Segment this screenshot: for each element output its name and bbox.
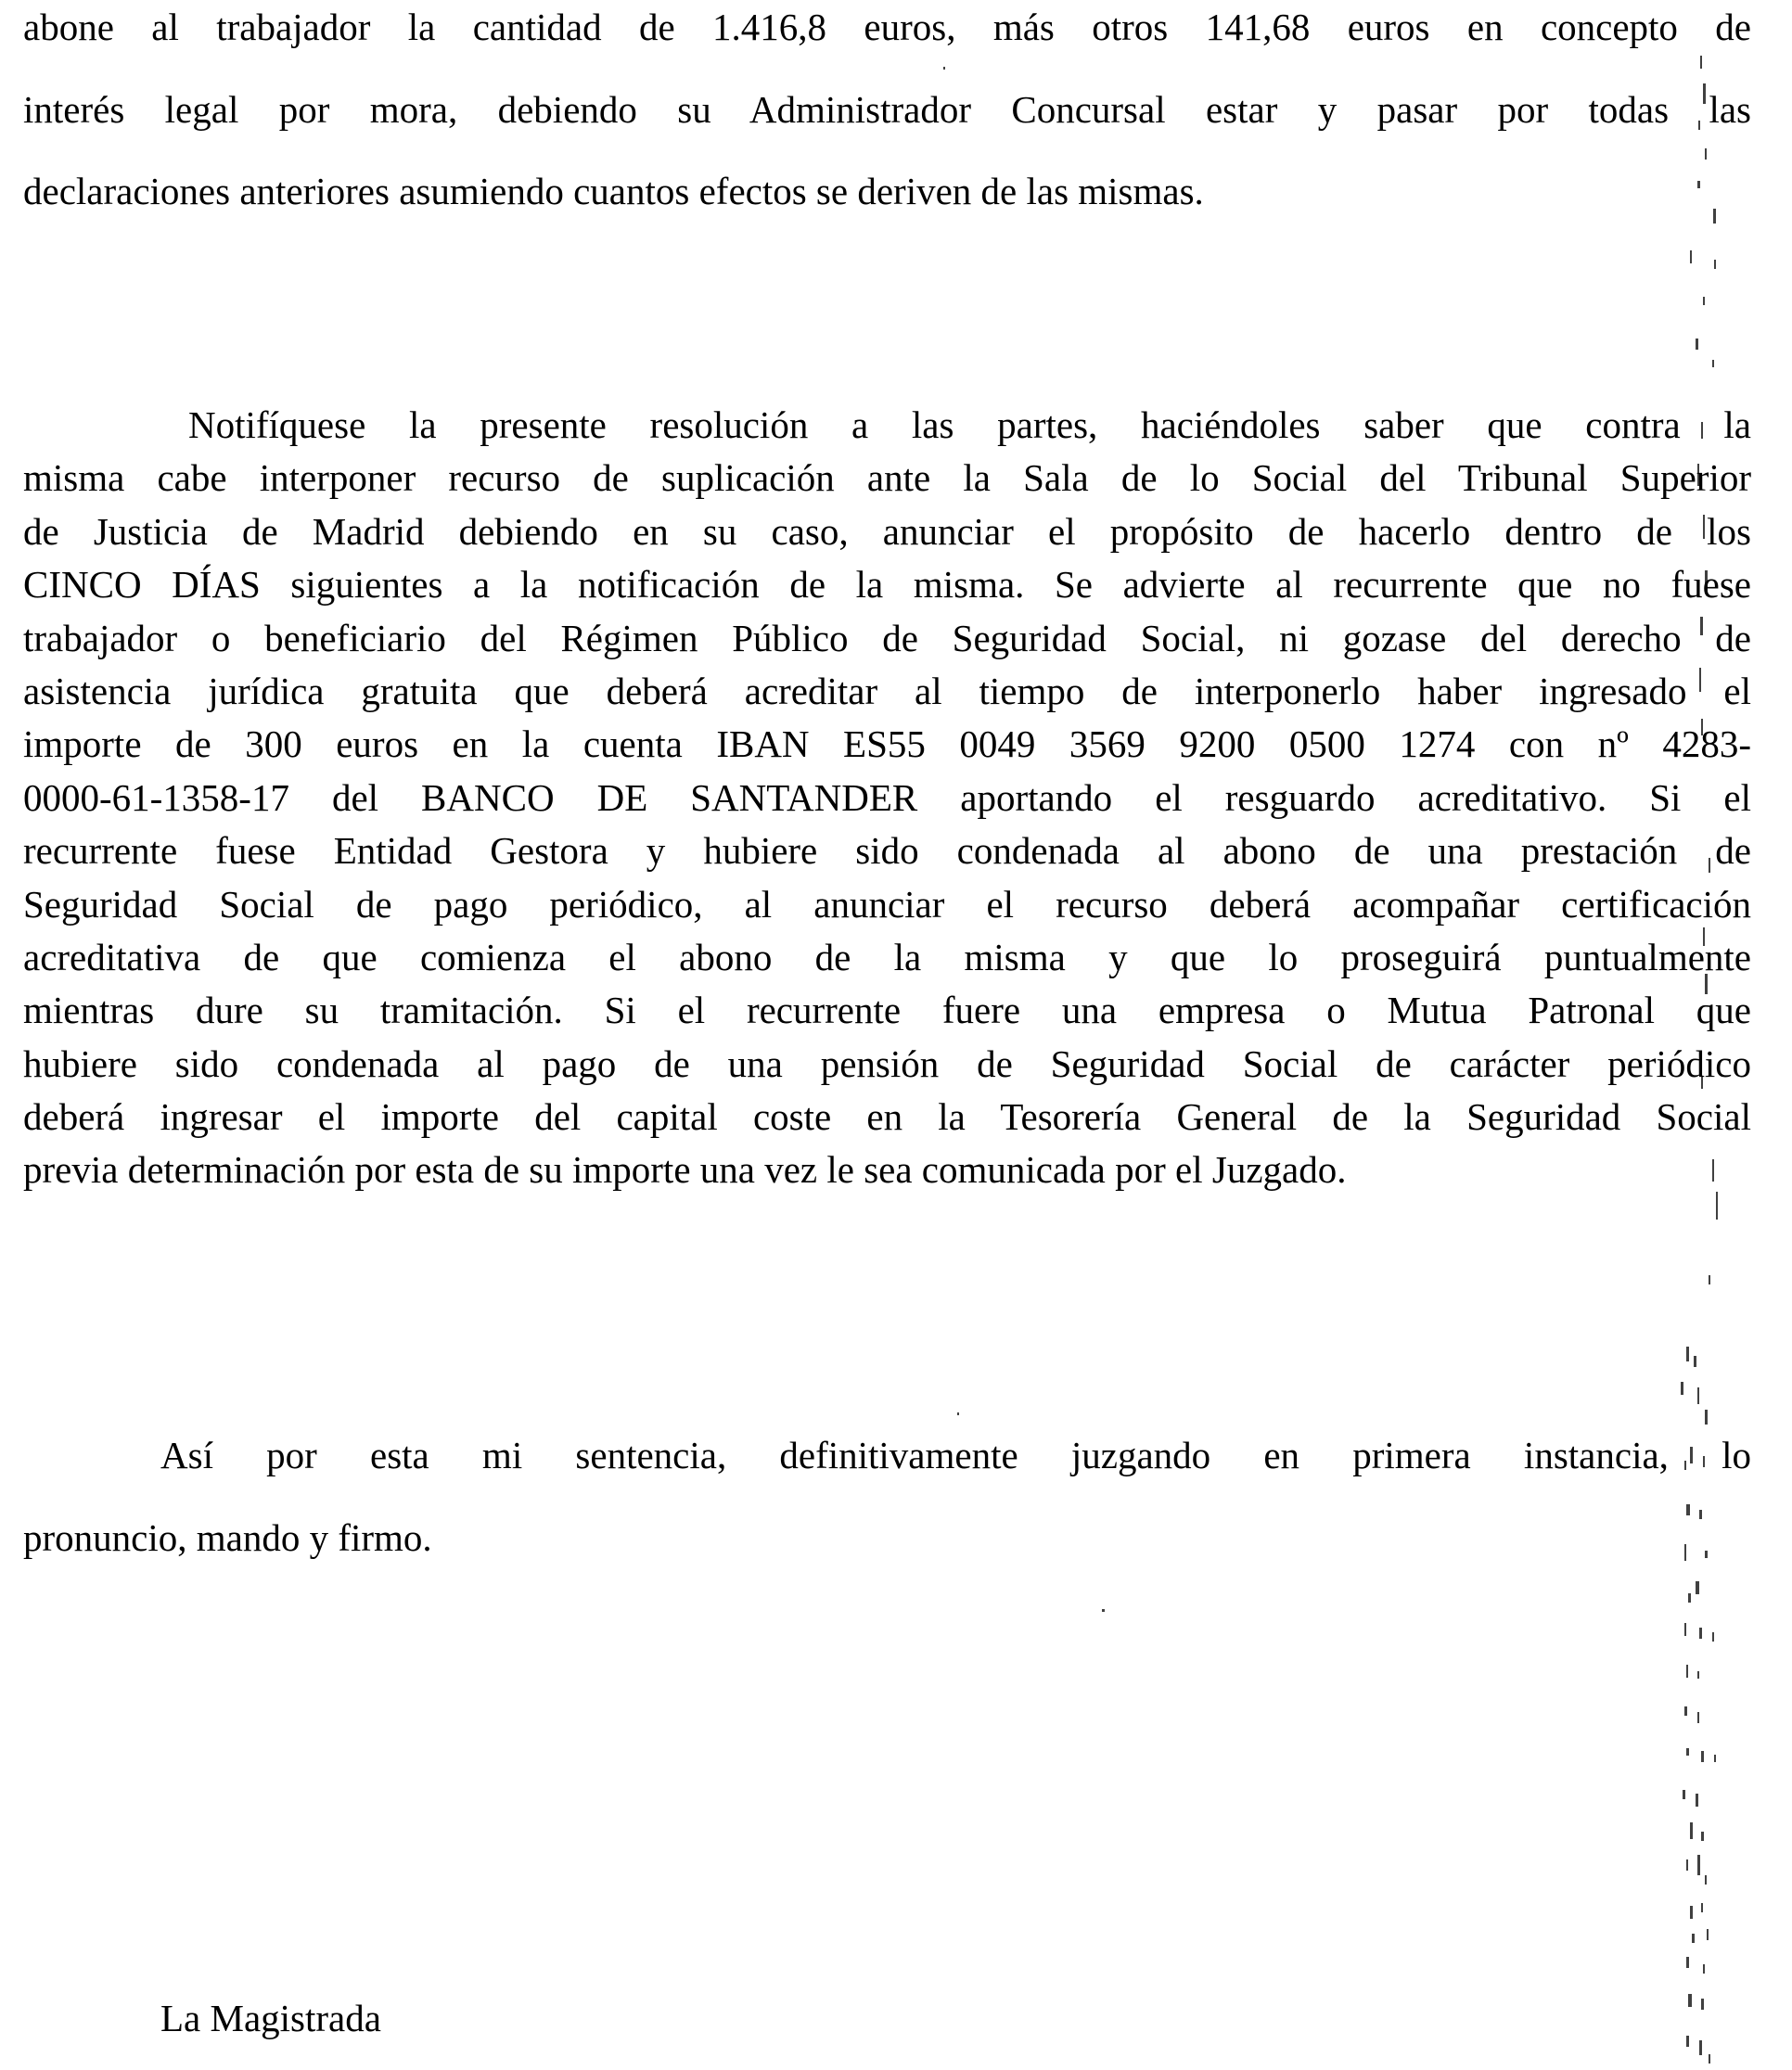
text-line: misma cabe interponer recurso de suplica… (23, 459, 1751, 497)
text-line: interés legal por mora, debiendo su Admi… (23, 91, 1751, 129)
text-line: deberá ingresar el importe del capital c… (23, 1098, 1751, 1136)
text-line: Así por esta mi sentencia, definitivamen… (160, 1437, 1751, 1475)
signature-label: La Magistrada (160, 2000, 381, 2038)
text-line: 0000-61-1358-17 del BANCO DE SANTANDER a… (23, 779, 1751, 817)
text-line: acreditativa de que comienza el abono de… (23, 939, 1751, 977)
text-line: recurrente fuese Entidad Gestora y hubie… (23, 832, 1751, 870)
text-line: declaraciones anteriores asumiendo cuant… (23, 172, 1751, 211)
text-line: Seguridad Social de pago periódico, al a… (23, 886, 1751, 924)
document-page: abone al trabajador la cantidad de 1.416… (0, 0, 1792, 2070)
text-line: CINCO DÍAS siguientes a la notificación … (23, 566, 1751, 604)
text-line: importe de 300 euros en la cuenta IBAN E… (23, 725, 1751, 763)
text-line: asistencia jurídica gratuita que deberá … (23, 672, 1751, 710)
text-line: previa determinación por esta de su impo… (23, 1151, 1751, 1189)
text-line: pronuncio, mando y firmo. (23, 1519, 1751, 1557)
text-line: de Justicia de Madrid debiendo en su cas… (23, 513, 1751, 551)
text-line: mientras dure su tramitación. Si el recu… (23, 991, 1751, 1029)
text-line: abone al trabajador la cantidad de 1.416… (23, 8, 1751, 46)
text-line: trabajador o beneficiario del Régimen Pú… (23, 620, 1751, 658)
text-line: hubiere sido condenada al pago de una pe… (23, 1045, 1751, 1083)
text-line: Notifíquese la presente resolución a las… (188, 406, 1751, 444)
